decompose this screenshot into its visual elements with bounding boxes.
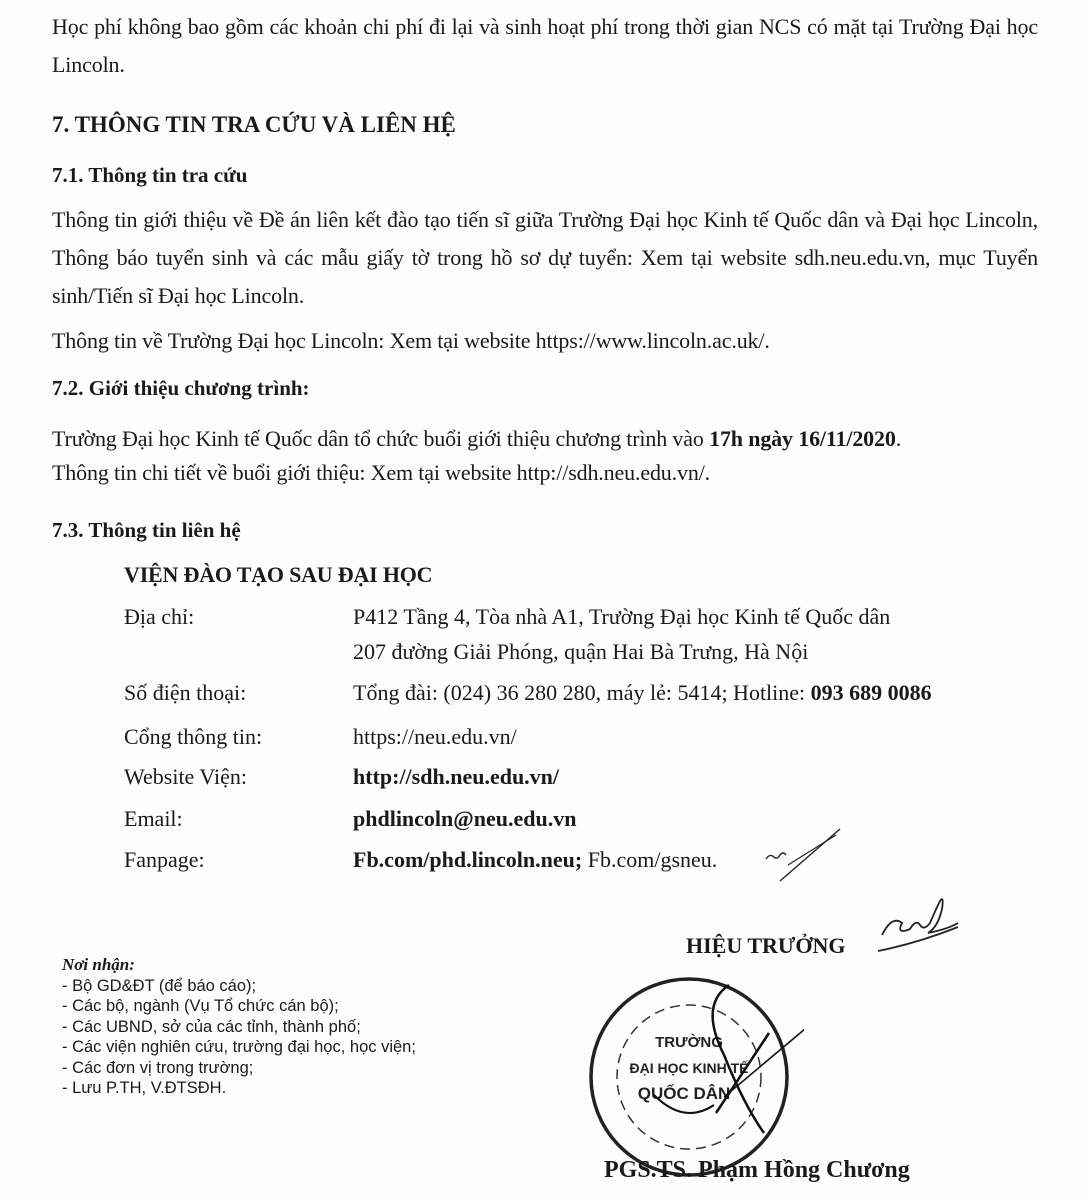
- section-7-heading: 7. THÔNG TIN TRA CỨU VÀ LIÊN HỆ: [52, 112, 456, 138]
- phone-value: Tổng đài: (024) 36 280 280, máy lẻ: 5414…: [353, 680, 932, 706]
- contact-address-row: Địa chỉ: P412 Tầng 4, Tòa nhà A1, Trường…: [124, 604, 1064, 644]
- section-7-2-paragraph-2: Thông tin chi tiết về buổi giới thiệu: X…: [52, 454, 1038, 492]
- contact-website-row: Website Viện: http://sdh.neu.edu.vn/: [124, 764, 1064, 804]
- tuition-note: Học phí không bao gồm các khoản chi phí …: [52, 8, 1038, 84]
- handwritten-signature-icon: [872, 895, 962, 955]
- contact-phone-row: Số điện thoại: Tổng đài: (024) 36 280 28…: [124, 680, 1064, 720]
- recipient-item: - Các UBND, sở của các tỉnh, thành phố;: [62, 1017, 416, 1038]
- stamp-line-1: TRƯỜNG: [655, 1033, 723, 1051]
- section-7-2-heading: 7.2. Giới thiệu chương trình:: [52, 376, 310, 401]
- email-link[interactable]: phdlincoln@neu.edu.vn: [353, 806, 576, 832]
- phone-label: Số điện thoại:: [124, 680, 246, 706]
- official-stamp-icon: TRƯỜNG ĐẠI HỌC KINH TẾ QUỐC DÂN: [584, 965, 804, 1185]
- recipient-item: - Lưu P.TH, V.ĐTSĐH.: [62, 1078, 416, 1099]
- website-link[interactable]: http://sdh.neu.edu.vn/: [353, 764, 559, 790]
- signer-title: HIỆU TRƯỞNG: [686, 933, 846, 959]
- address-line-1: P412 Tầng 4, Tòa nhà A1, Trường Đại học …: [353, 604, 890, 630]
- event-datetime: 17h ngày 16/11/2020: [709, 426, 896, 451]
- document-page: Học phí không bao gồm các khoản chi phí …: [0, 0, 1088, 1200]
- signer-name: PGS.TS. Phạm Hồng Chương: [604, 1157, 910, 1184]
- event-text: Trường Đại học Kinh tế Quốc dân tổ chức …: [52, 426, 709, 451]
- section-7-1-heading: 7.1. Thông tin tra cứu: [52, 163, 247, 188]
- phone-switchboard: Tổng đài: (024) 36 280 280, máy lẻ: 5414…: [353, 680, 811, 705]
- recipient-item: - Các viện nghiên cứu, trường đại học, h…: [62, 1037, 416, 1058]
- fanpage-link-phd[interactable]: Fb.com/phd.lincoln.neu;: [353, 847, 582, 872]
- contact-address-row-2: 207 đường Giải Phóng, quận Hai Bà Trưng,…: [124, 639, 1064, 679]
- contact-fanpage-row: Fanpage: Fb.com/phd.lincoln.neu; Fb.com/…: [124, 847, 1064, 887]
- section-7-1-paragraph-2: Thông tin về Trường Đại học Lincoln: Xem…: [52, 322, 1038, 360]
- section-7-3-heading: 7.3. Thông tin liên hệ: [52, 518, 241, 543]
- recipients-block: Nơi nhận: - Bộ GD&ĐT (để báo cáo); - Các…: [62, 955, 416, 1099]
- organization-name: VIỆN ĐÀO TẠO SAU ĐẠI HỌC: [124, 562, 432, 588]
- recipient-item: - Các đơn vị trong trường;: [62, 1058, 416, 1079]
- portal-link[interactable]: https://neu.edu.vn/: [353, 724, 517, 750]
- recipients-title: Nơi nhận:: [62, 955, 416, 976]
- address-label: Địa chỉ:: [124, 604, 194, 630]
- stamp-line-3: QUỐC DÂN: [638, 1083, 731, 1103]
- fanpage-link-gsneu[interactable]: Fb.com/gsneu.: [582, 847, 717, 872]
- recipient-item: - Các bộ, ngành (Vụ Tổ chức cán bộ);: [62, 996, 416, 1017]
- email-label: Email:: [124, 806, 183, 832]
- portal-label: Cổng thông tin:: [124, 724, 262, 750]
- section-7-1-paragraph-1: Thông tin giới thiệu về Đề án liên kết đ…: [52, 201, 1038, 315]
- recipient-item: - Bộ GD&ĐT (để báo cáo);: [62, 976, 416, 997]
- contact-email-row: Email: phdlincoln@neu.edu.vn: [124, 806, 1064, 846]
- section-7-2-paragraph-1: Trường Đại học Kinh tế Quốc dân tổ chức …: [52, 420, 1038, 458]
- fanpage-value: Fb.com/phd.lincoln.neu; Fb.com/gsneu.: [353, 847, 717, 873]
- event-text-end: .: [896, 426, 901, 451]
- initial-mark-icon: [762, 825, 842, 883]
- website-label: Website Viện:: [124, 764, 247, 790]
- contact-portal-row: Cổng thông tin: https://neu.edu.vn/: [124, 724, 1064, 764]
- phone-hotline: 093 689 0086: [811, 680, 932, 705]
- fanpage-label: Fanpage:: [124, 847, 205, 873]
- address-line-2: 207 đường Giải Phóng, quận Hai Bà Trưng,…: [353, 639, 808, 665]
